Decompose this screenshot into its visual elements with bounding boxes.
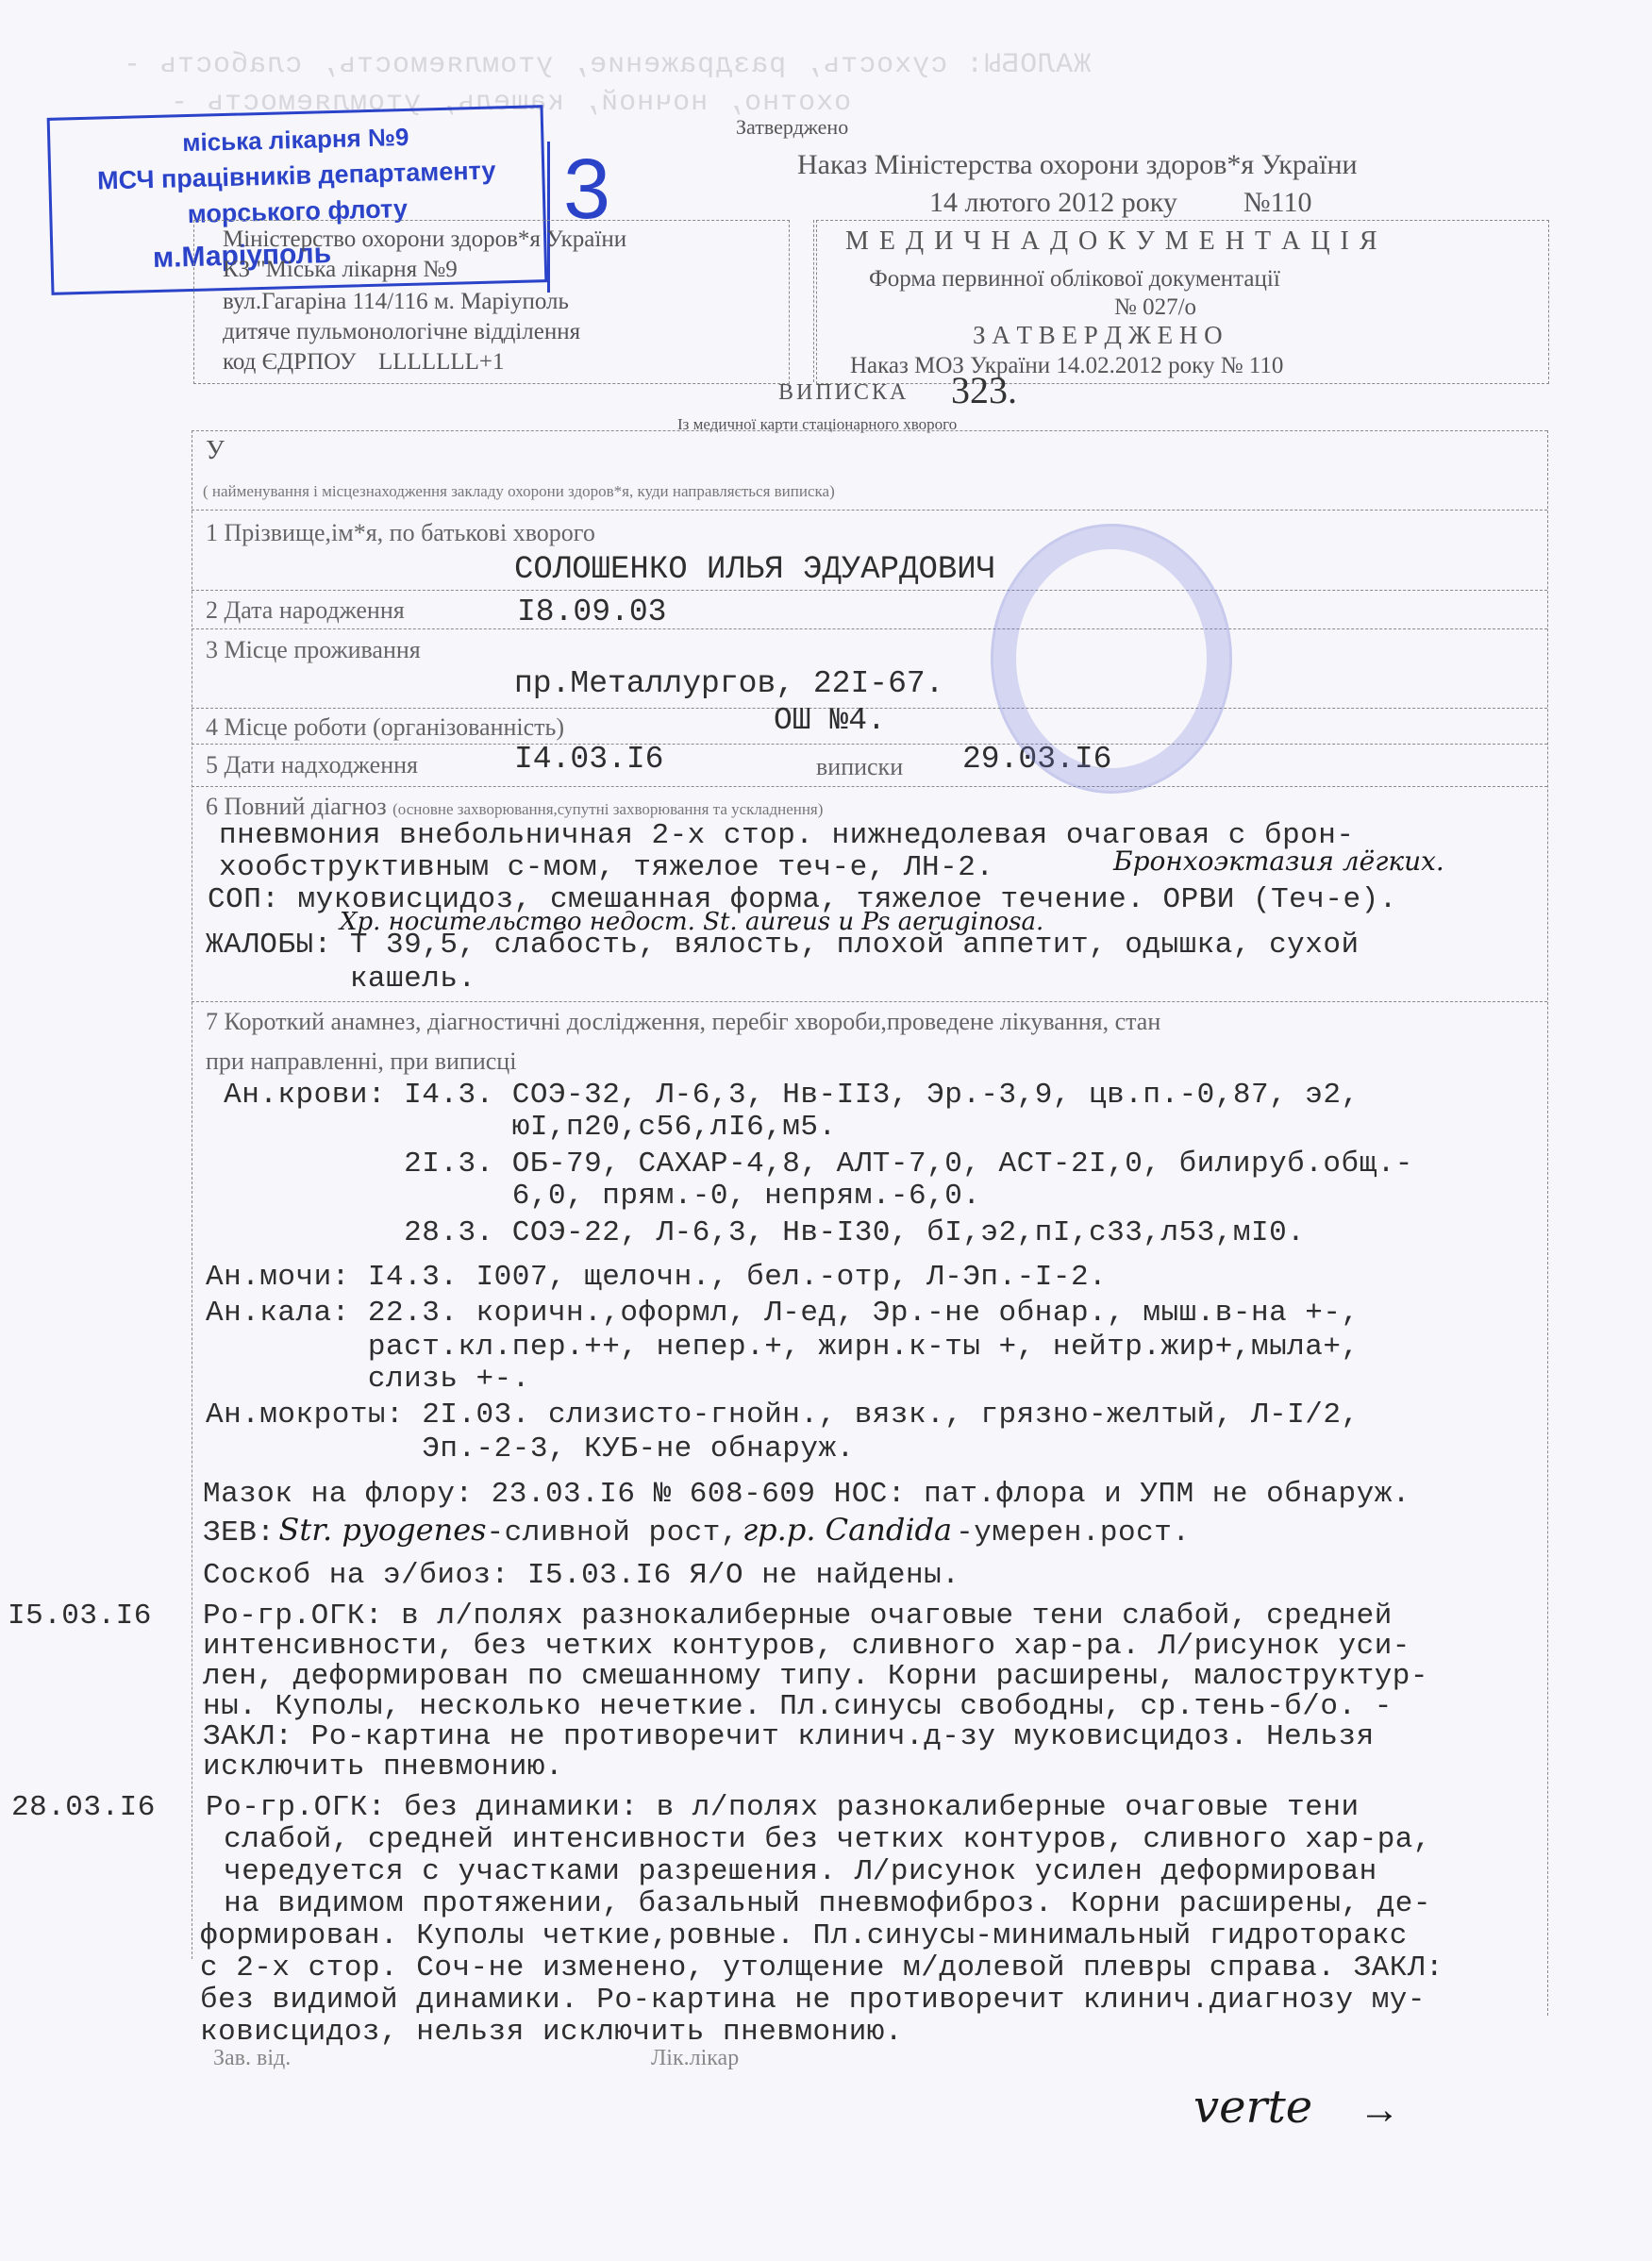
blood-test-line: Ан.крови: I4.3. СОЭ-32, Л-6,3, Нв-II3, Э… — [206, 1079, 1360, 1112]
sputum-test-line: Эп.-2-3, КУБ-не обнаруж. — [206, 1432, 855, 1465]
extract-source: Із медичної карти стаціонарного хворого — [677, 415, 957, 434]
diagnosis-label-note: (основне захворювання,супутні захворюван… — [392, 800, 823, 818]
row-divider — [192, 590, 1547, 591]
stool-test-line: Ан.кала: 22.3. коричн.,оформл, Л-ед, Эр.… — [206, 1297, 1360, 1330]
row-divider — [192, 1001, 1547, 1002]
sputum-test-line: Ан.мокроты: 2I.03. слизисто-гнойн., вязк… — [206, 1398, 1360, 1432]
throat-growth: -сливной рост, — [487, 1516, 739, 1549]
discharge-label: виписки — [816, 753, 903, 781]
divider — [813, 220, 814, 382]
extract-title: ВИПИСКА — [778, 380, 909, 406]
xray1-line: ЗАКЛ: Ро-картина не противоречит клинич.… — [203, 1720, 1375, 1753]
xray2-date: 28.03.I6 — [11, 1791, 156, 1824]
smear-line: Мазок на флору: 23.03.I6 № 608-609 НОС: … — [203, 1478, 1410, 1511]
dob-label: 2 Дата народження — [206, 596, 405, 625]
form-title: М Е Д И Ч Н А Д О К У М Е Н Т А Ц І Я — [845, 226, 1379, 257]
xray2-line: Ро-гр.ОГК: без динамики: в л/полях разно… — [206, 1791, 1360, 1824]
row-divider — [192, 628, 1547, 629]
ministry-name: Міністерство охорони здоров*я України — [223, 226, 626, 253]
form-approved: З А Т В Е Р Д Ж Е Н О — [973, 321, 1223, 350]
xray2-line: формирован. Куполы четкие,ровные. Пл.син… — [200, 1919, 1408, 1952]
urine-test-line: Ан.мочи: I4.3. I007, щелочн., бел.-отр, … — [206, 1261, 1107, 1294]
throat-organism-handwritten: Str. pyogenes — [278, 1512, 486, 1548]
head-of-department-label: Зав. від. — [213, 2046, 291, 2071]
diagnosis-label-text: 6 Повний діагноз — [206, 793, 387, 820]
edrpou-label: код ЄДРПОУ — [223, 349, 357, 376]
xray1-line: исключить пневмонию. — [203, 1750, 563, 1784]
stool-test-line: слизь +-. — [206, 1363, 530, 1396]
row-divider — [192, 786, 1547, 787]
round-stamp — [991, 524, 1232, 794]
frame-left — [192, 430, 192, 1959]
admission-label: 5 Дати надходження — [206, 751, 418, 779]
extract-number: 323. — [951, 368, 1017, 412]
institution-address: вул.Гагаріна 114/116 м. Маріуполь — [223, 289, 569, 315]
extract-to-prefix: У — [206, 436, 225, 466]
approval-order-line: Наказ Міністерства охорони здоров*я Укра… — [797, 149, 1358, 181]
extract-to-caption: ( найменування і місцезнаходження заклад… — [203, 482, 835, 501]
bleed-through-text: ЖАЛОБЫ: сухость, раздражение, утомляемос… — [123, 49, 1091, 81]
row-divider — [192, 510, 1547, 511]
form-number: № 027/о — [1114, 294, 1196, 321]
work-value: ОШ №4. — [774, 703, 886, 738]
throat-prefix: ЗЕВ: — [203, 1516, 275, 1549]
attending-doctor-label: Лік.лікар — [651, 2046, 739, 2071]
throat-growth: -умерен.рост. — [956, 1516, 1190, 1549]
blood-test-line: 2I.3. ОБ-79, САХАР-4,8, АЛТ-7,0, АСТ-2I,… — [206, 1147, 1413, 1181]
frame-top — [192, 430, 1547, 431]
throat-organism-handwritten: гр.р. Candida — [743, 1512, 952, 1548]
work-label: 4 Місце роботи (організованність) — [206, 713, 564, 742]
department-name: дитяче пульмонологічне відділення — [223, 319, 580, 345]
diagnosis-handwritten-note: Бронхоэктазия лёгких. — [1113, 846, 1444, 877]
diagnosis-label: 6 Повний діагноз (основне захворювання,с… — [206, 793, 823, 821]
admission-value: I4.03.I6 — [514, 742, 663, 777]
throat-culture-line: ЗЕВ: Str. pyogenes-сливной рост, гр.р. C… — [203, 1512, 1190, 1549]
xray1-line: интенсивности, без четких контуров, слив… — [203, 1630, 1410, 1663]
verte-note: verte — [1193, 2081, 1312, 2134]
scraping-line: Соскоб на э/биоз: I5.03.I6 Я/О не найден… — [203, 1559, 959, 1592]
stamp-line: МСЧ працівників департаменту — [51, 157, 542, 195]
anamnesis-label: при направленні, при виписці — [206, 1047, 516, 1076]
blood-test-line: юI,п20,с56,лI6,м5. — [206, 1111, 837, 1144]
xray1-line: Ро-гр.ОГК: в л/полях разнокалиберные оча… — [203, 1599, 1393, 1633]
blood-test-line: 6,0, прям.-0, непрям.-6,0. — [206, 1180, 980, 1213]
frame-right — [1547, 430, 1548, 2016]
form-order: Наказ МОЗ України 14.02.2012 року № 110 — [850, 353, 1283, 379]
xray1-line: ны. Куполы, несколько нечеткие. Пл.синус… — [203, 1690, 1393, 1723]
institution-box: Міністерство охорони здоров*я України КЗ… — [193, 220, 790, 384]
xray1-date: I5.03.I6 — [8, 1599, 152, 1633]
xray2-line: без видимой динамики. Ро-картина не прот… — [200, 1984, 1426, 2017]
form-subtitle: Форма первинної облікової документації — [869, 266, 1280, 293]
anamnesis-label: 7 Короткий анамнез, діагностичні дослідж… — [206, 1008, 1160, 1036]
stamp-line: міська лікарня №9 — [50, 121, 542, 159]
stool-test-line: раст.кл.пер.++, непер.+, жирн.к-ты +, не… — [206, 1331, 1360, 1364]
row-divider — [192, 744, 1547, 745]
xray2-line: на видимом протяжении, базальный пневмоф… — [206, 1887, 1431, 1920]
approved-label: Затверджено — [736, 115, 848, 140]
approval-order-no: №110 — [1243, 187, 1312, 219]
xray2-line: слабой, средней интенсивности без четких… — [206, 1823, 1431, 1856]
dob-value: I8.09.03 — [517, 595, 666, 629]
form-box: М Е Д И Ч Н А Д О К У М Е Н Т А Ц І Я Фо… — [816, 220, 1549, 384]
arrow-right-icon: → — [1359, 2085, 1400, 2134]
complaints-line: кашель. — [206, 963, 476, 996]
approval-order-date: 14 лютого 2012 року — [929, 187, 1177, 219]
institution-name: КЗ "Міська лікарня №9 — [223, 257, 458, 283]
residence-label: 3 Місце проживання — [206, 636, 421, 664]
patient-name-value: СОЛОШЕНКО ИЛЬЯ ЭДУАРДОВИЧ — [514, 552, 995, 588]
blood-test-line: 28.3. СОЭ-22, Л-6,3, Нв-I30, бI,э2,пI,с3… — [206, 1216, 1305, 1249]
xray2-line: ковисцидоз, нельзя исключить пневмонию. — [200, 2016, 903, 2049]
xray2-line: чередуется с участками разрешения. Л/рис… — [206, 1855, 1377, 1888]
residence-value: пр.Металлургов, 22I-67. — [514, 666, 943, 701]
complaints-line: ЖАЛОБЫ: Т 39,5, слабость, вялость, плохо… — [206, 929, 1360, 962]
edrpou-value: LLLLLLL+1 — [378, 349, 505, 376]
patient-name-label: 1 Прізвище,ім*я, по батькові хворого — [206, 519, 595, 547]
diagnosis-line: хообструктивным с-мом, тяжелое теч-е, ЛН… — [219, 851, 993, 884]
xray2-line: с 2-х стор. Соч-не изменено, утолщение м… — [200, 1951, 1443, 1985]
xray1-line: лен, деформирован по смешанному типу. Ко… — [203, 1660, 1428, 1693]
